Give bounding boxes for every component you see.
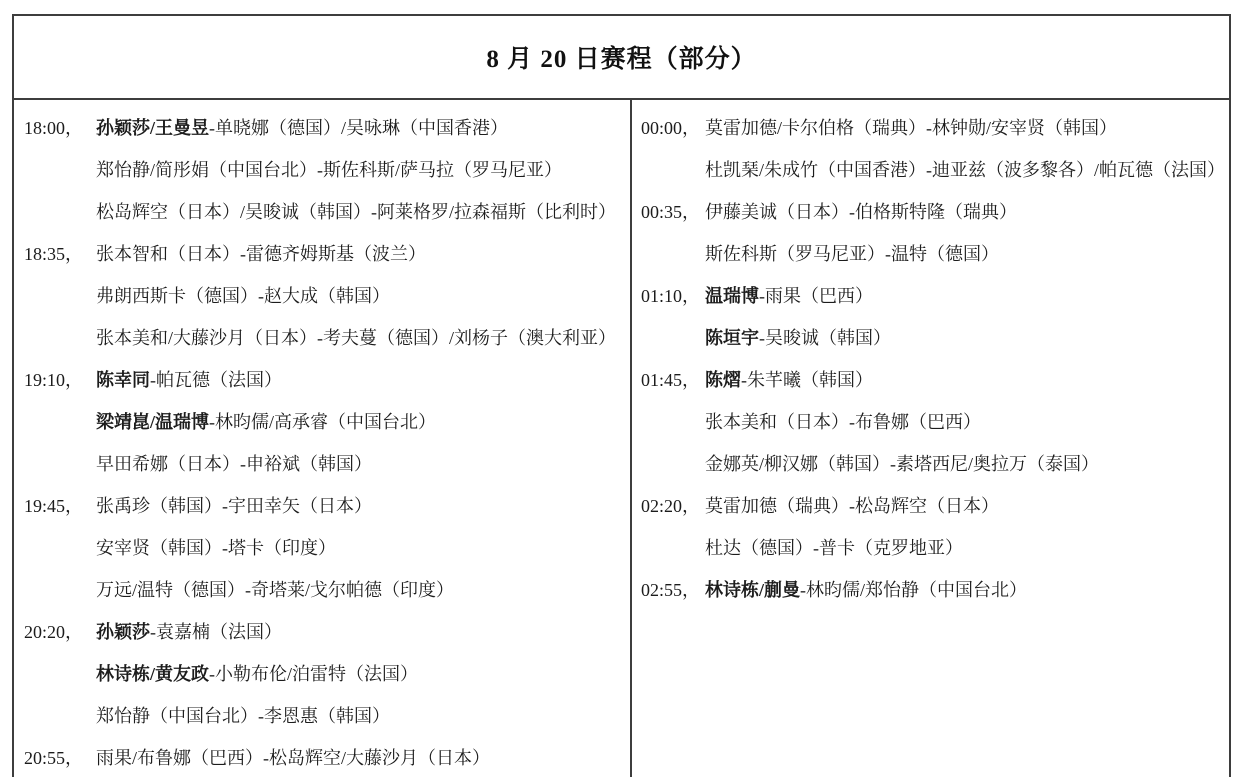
match-time bbox=[24, 401, 96, 443]
match-time bbox=[641, 233, 705, 275]
match-text: 张本美和/大藤沙月（日本）-考夫蔓（德国）/刘杨子（澳大利亚） bbox=[96, 317, 616, 359]
match-time bbox=[24, 443, 96, 485]
match-text: 莫雷加德（瑞典）-松岛辉空（日本） bbox=[705, 485, 999, 527]
highlighted-players: 梁靖崑/温瑞博 bbox=[96, 412, 209, 432]
match-row: 郑怡静（中国台北）-李恩惠（韩国） bbox=[24, 695, 630, 737]
match-row: 斯佐科斯（罗马尼亚）-温特（德国） bbox=[641, 233, 1229, 275]
match-row: 18:00，孙颖莎/王曼昱-单晓娜（德国）/吴咏琳（中国香港） bbox=[24, 107, 630, 149]
match-time bbox=[641, 443, 705, 485]
match-time: 19:10， bbox=[24, 359, 96, 401]
match-time bbox=[24, 317, 96, 359]
match-row: 郑怡静/简彤娟（中国台北）-斯佐科斯/萨马拉（罗马尼亚） bbox=[24, 149, 630, 191]
match-rest: 斯佐科斯（罗马尼亚）-温特（德国） bbox=[705, 244, 999, 264]
match-rest: 安宰贤（韩国）-塔卡（印度） bbox=[96, 538, 336, 558]
highlighted-players: 陈幸同 bbox=[96, 370, 150, 390]
match-row: 杜达（德国）-普卡（克罗地亚） bbox=[641, 527, 1229, 569]
match-row: 梁靖崑/温瑞博-林昀儒/高承睿（中国台北） bbox=[24, 401, 630, 443]
match-row: 01:45，陈熠-朱芊曦（韩国） bbox=[641, 359, 1229, 401]
match-time: 01:45， bbox=[641, 359, 705, 401]
match-time bbox=[24, 527, 96, 569]
page-title: 8 月 20 日赛程（部分） bbox=[486, 39, 756, 75]
match-rest: 张本美和（日本）-布鲁娜（巴西） bbox=[705, 412, 981, 432]
match-time bbox=[24, 569, 96, 611]
match-time bbox=[641, 317, 705, 359]
match-rest: 弗朗西斯卡（德国）-赵大成（韩国） bbox=[96, 286, 390, 306]
match-rest: 郑怡静（中国台北）-李恩惠（韩国） bbox=[96, 706, 390, 726]
highlighted-players: 林诗栋/黄友政 bbox=[96, 664, 209, 684]
match-rest: -雨果（巴西） bbox=[759, 286, 873, 306]
match-time: 18:00， bbox=[24, 107, 96, 149]
match-time bbox=[24, 191, 96, 233]
match-text: 早田希娜（日本）-申裕斌（韩国） bbox=[96, 443, 372, 485]
match-time: 02:20， bbox=[641, 485, 705, 527]
match-time bbox=[24, 149, 96, 191]
match-row: 林诗栋/黄友政-小勒布伦/泊雷特（法国） bbox=[24, 653, 630, 695]
match-row: 万远/温特（德国）-奇塔莱/戈尔帕德（印度） bbox=[24, 569, 630, 611]
match-text: 松岛辉空（日本）/吴晙诚（韩国）-阿莱格罗/拉森福斯（比利时） bbox=[96, 191, 616, 233]
match-time: 02:55， bbox=[641, 569, 705, 611]
schedule-column-left: 18:00，孙颖莎/王曼昱-单晓娜（德国）/吴咏琳（中国香港） 郑怡静/简彤娟（… bbox=[14, 100, 632, 777]
match-row: 杜凯琹/朱成竹（中国香港）-迪亚兹（波多黎各）/帕瓦德（法国） bbox=[641, 149, 1229, 191]
match-text: 林诗栋/黄友政-小勒布伦/泊雷特（法国） bbox=[96, 653, 418, 695]
match-text: 金娜英/柳汉娜（韩国）-素塔西尼/奥拉万（泰国） bbox=[705, 443, 1099, 485]
match-text: 林诗栋/蒯曼-林昀儒/郑怡静（中国台北） bbox=[705, 569, 1027, 611]
highlighted-players: 温瑞博 bbox=[705, 286, 759, 306]
match-time: 01:10， bbox=[641, 275, 705, 317]
match-text: 安宰贤（韩国）-塔卡（印度） bbox=[96, 527, 336, 569]
match-rest: 张禹珍（韩国）-宇田幸矢（日本） bbox=[96, 496, 372, 516]
match-time bbox=[641, 149, 705, 191]
match-text: 斯佐科斯（罗马尼亚）-温特（德国） bbox=[705, 233, 999, 275]
match-row: 19:45，张禹珍（韩国）-宇田幸矢（日本） bbox=[24, 485, 630, 527]
match-text: 莫雷加德/卡尔伯格（瑞典）-林钟勋/安宰贤（韩国） bbox=[705, 107, 1117, 149]
match-row: 张本美和（日本）-布鲁娜（巴西） bbox=[641, 401, 1229, 443]
match-rest: 杜凯琹/朱成竹（中国香港）-迪亚兹（波多黎各）/帕瓦德（法国） bbox=[705, 160, 1225, 180]
highlighted-players: 林诗栋/蒯曼 bbox=[705, 580, 800, 600]
match-rest: 松岛辉空（日本）/吴晙诚（韩国）-阿莱格罗/拉森福斯（比利时） bbox=[96, 202, 616, 222]
match-time: 20:20， bbox=[24, 611, 96, 653]
match-rest: 张本智和（日本）-雷德齐姆斯基（波兰） bbox=[96, 244, 426, 264]
highlighted-players: 孙颖莎 bbox=[96, 622, 150, 642]
match-row: 弗朗西斯卡（德国）-赵大成（韩国） bbox=[24, 275, 630, 317]
highlighted-players: 陈熠 bbox=[705, 370, 741, 390]
match-row: 20:20，孙颖莎-袁嘉楠（法国） bbox=[24, 611, 630, 653]
match-row: 18:35，张本智和（日本）-雷德齐姆斯基（波兰） bbox=[24, 233, 630, 275]
match-rest: 万远/温特（德国）-奇塔莱/戈尔帕德（印度） bbox=[96, 580, 454, 600]
schedule-table: 8 月 20 日赛程（部分） 18:00，孙颖莎/王曼昱-单晓娜（德国）/吴咏琳… bbox=[12, 14, 1231, 777]
match-text: 温瑞博-雨果（巴西） bbox=[705, 275, 873, 317]
match-rest: 早田希娜（日本）-申裕斌（韩国） bbox=[96, 454, 372, 474]
match-rest: -林昀儒/高承睿（中国台北） bbox=[209, 412, 436, 432]
match-row: 陈垣宇-吴晙诚（韩国） bbox=[641, 317, 1229, 359]
match-time: 00:00， bbox=[641, 107, 705, 149]
match-row: 00:35，伊藤美诚（日本）-伯格斯特隆（瑞典） bbox=[641, 191, 1229, 233]
match-text: 杜凯琹/朱成竹（中国香港）-迪亚兹（波多黎各）/帕瓦德（法国） bbox=[705, 149, 1225, 191]
match-text: 张禹珍（韩国）-宇田幸矢（日本） bbox=[96, 485, 372, 527]
match-rest: -林昀儒/郑怡静（中国台北） bbox=[800, 580, 1027, 600]
match-row: 张本美和/大藤沙月（日本）-考夫蔓（德国）/刘杨子（澳大利亚） bbox=[24, 317, 630, 359]
highlighted-players: 陈垣宇 bbox=[705, 328, 759, 348]
match-time bbox=[24, 275, 96, 317]
match-text: 陈垣宇-吴晙诚（韩国） bbox=[705, 317, 891, 359]
match-text: 伊藤美诚（日本）-伯格斯特隆（瑞典） bbox=[705, 191, 1017, 233]
match-time bbox=[24, 695, 96, 737]
match-rest: 金娜英/柳汉娜（韩国）-素塔西尼/奥拉万（泰国） bbox=[705, 454, 1099, 474]
match-text: 弗朗西斯卡（德国）-赵大成（韩国） bbox=[96, 275, 390, 317]
match-text: 陈幸同-帕瓦德（法国） bbox=[96, 359, 282, 401]
match-row: 金娜英/柳汉娜（韩国）-素塔西尼/奥拉万（泰国） bbox=[641, 443, 1229, 485]
match-rest: 雨果/布鲁娜（巴西）-松岛辉空/大藤沙月（日本） bbox=[96, 748, 490, 768]
match-rest: -朱芊曦（韩国） bbox=[741, 370, 873, 390]
match-text: 雨果/布鲁娜（巴西）-松岛辉空/大藤沙月（日本） bbox=[96, 737, 490, 777]
match-row: 19:10，陈幸同-帕瓦德（法国） bbox=[24, 359, 630, 401]
match-text: 梁靖崑/温瑞博-林昀儒/高承睿（中国台北） bbox=[96, 401, 436, 443]
match-rest: -吴晙诚（韩国） bbox=[759, 328, 891, 348]
schedule-column-right: 00:00，莫雷加德/卡尔伯格（瑞典）-林钟勋/安宰贤（韩国） 杜凯琹/朱成竹（… bbox=[632, 100, 1229, 777]
match-row: 20:55，雨果/布鲁娜（巴西）-松岛辉空/大藤沙月（日本） bbox=[24, 737, 630, 777]
highlighted-players: 孙颖莎/王曼昱 bbox=[96, 118, 209, 138]
match-text: 张本美和（日本）-布鲁娜（巴西） bbox=[705, 401, 981, 443]
match-rest: -帕瓦德（法国） bbox=[150, 370, 282, 390]
match-time: 19:45， bbox=[24, 485, 96, 527]
match-text: 郑怡静/简彤娟（中国台北）-斯佐科斯/萨马拉（罗马尼亚） bbox=[96, 149, 562, 191]
match-rest: 莫雷加德/卡尔伯格（瑞典）-林钟勋/安宰贤（韩国） bbox=[705, 118, 1117, 138]
match-row: 02:55，林诗栋/蒯曼-林昀儒/郑怡静（中国台北） bbox=[641, 569, 1229, 611]
match-time: 20:55， bbox=[24, 737, 96, 777]
match-row: 安宰贤（韩国）-塔卡（印度） bbox=[24, 527, 630, 569]
match-rest: 莫雷加德（瑞典）-松岛辉空（日本） bbox=[705, 496, 999, 516]
match-row: 早田希娜（日本）-申裕斌（韩国） bbox=[24, 443, 630, 485]
match-time bbox=[641, 401, 705, 443]
match-rest: 郑怡静/简彤娟（中国台北）-斯佐科斯/萨马拉（罗马尼亚） bbox=[96, 160, 562, 180]
match-text: 陈熠-朱芊曦（韩国） bbox=[705, 359, 873, 401]
match-time: 00:35， bbox=[641, 191, 705, 233]
match-rest: 伊藤美诚（日本）-伯格斯特隆（瑞典） bbox=[705, 202, 1017, 222]
match-text: 孙颖莎-袁嘉楠（法国） bbox=[96, 611, 282, 653]
match-time bbox=[24, 653, 96, 695]
match-time: 18:35， bbox=[24, 233, 96, 275]
match-text: 张本智和（日本）-雷德齐姆斯基（波兰） bbox=[96, 233, 426, 275]
match-rest: -袁嘉楠（法国） bbox=[150, 622, 282, 642]
match-row: 松岛辉空（日本）/吴晙诚（韩国）-阿莱格罗/拉森福斯（比利时） bbox=[24, 191, 630, 233]
title-cell: 8 月 20 日赛程（部分） bbox=[14, 16, 1229, 100]
match-row: 01:10，温瑞博-雨果（巴西） bbox=[641, 275, 1229, 317]
match-text: 万远/温特（德国）-奇塔莱/戈尔帕德（印度） bbox=[96, 569, 454, 611]
schedule-sheet: 8 月 20 日赛程（部分） 18:00，孙颖莎/王曼昱-单晓娜（德国）/吴咏琳… bbox=[0, 0, 1242, 777]
match-text: 孙颖莎/王曼昱-单晓娜（德国）/吴咏琳（中国香港） bbox=[96, 107, 508, 149]
match-time bbox=[641, 527, 705, 569]
match-rest: 张本美和/大藤沙月（日本）-考夫蔓（德国）/刘杨子（澳大利亚） bbox=[96, 328, 616, 348]
match-row: 02:20，莫雷加德（瑞典）-松岛辉空（日本） bbox=[641, 485, 1229, 527]
match-rest: -单晓娜（德国）/吴咏琳（中国香港） bbox=[209, 118, 508, 138]
schedule-columns: 18:00，孙颖莎/王曼昱-单晓娜（德国）/吴咏琳（中国香港） 郑怡静/简彤娟（… bbox=[14, 100, 1229, 777]
match-row: 00:00，莫雷加德/卡尔伯格（瑞典）-林钟勋/安宰贤（韩国） bbox=[641, 107, 1229, 149]
match-text: 郑怡静（中国台北）-李恩惠（韩国） bbox=[96, 695, 390, 737]
match-text: 杜达（德国）-普卡（克罗地亚） bbox=[705, 527, 963, 569]
match-rest: 杜达（德国）-普卡（克罗地亚） bbox=[705, 538, 963, 558]
match-rest: -小勒布伦/泊雷特（法国） bbox=[209, 664, 418, 684]
